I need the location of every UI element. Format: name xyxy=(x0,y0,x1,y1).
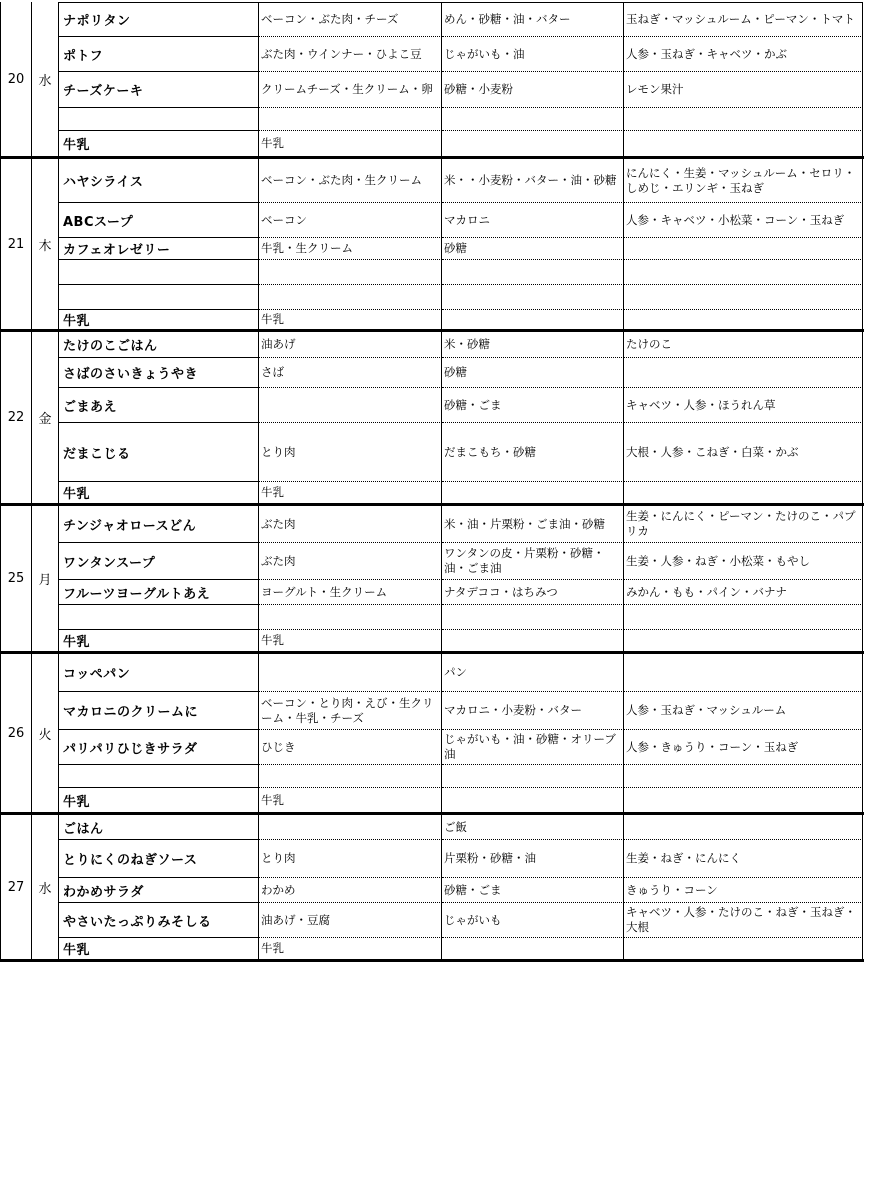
energy-ingredients-cell-text: ご飯 xyxy=(444,820,622,835)
energy-ingredients-cell: マカロニ xyxy=(442,202,624,237)
vegetable-ingredients-cell: 人参・キャベツ・小松菜・コーン・玉ねぎ xyxy=(624,202,863,237)
energy-ingredients-cell-text: めん・砂糖・油・バター xyxy=(444,12,622,27)
vegetable-ingredients-cell: 玉ねぎ・マッシュルーム・ピーマン・トマト xyxy=(624,2,863,36)
vegetable-ingredients-cell xyxy=(624,787,863,812)
energy-ingredients-cell xyxy=(442,937,624,959)
menu-item-cell xyxy=(59,259,259,284)
protein-ingredients-cell-text: さば xyxy=(261,365,440,380)
day-rows: ナポリタンベーコン・ぶた肉・チーズめん・砂糖・油・バター玉ねぎ・マッシュルーム・… xyxy=(59,2,864,156)
energy-ingredients-cell xyxy=(442,284,624,309)
menu-item-cell: ワンタンスープ xyxy=(59,542,259,579)
protein-ingredients-cell-text: 牛乳 xyxy=(261,633,440,648)
menu-item-cell-text: だまこじる xyxy=(63,443,256,462)
menu-item-cell: ごはん xyxy=(59,815,259,839)
vegetable-ingredients-cell xyxy=(624,309,863,329)
menu-item-cell-text: ナポリタン xyxy=(63,10,256,29)
menu-item-cell xyxy=(59,284,259,309)
menu-row: 牛乳牛乳 xyxy=(59,481,864,503)
vegetable-ingredients-cell-text: にんにく・生姜・マッシュルーム・セロリ・しめじ・エリンギ・玉ねぎ xyxy=(626,166,861,196)
menu-item-cell-text: カフェオレゼリー xyxy=(63,239,256,258)
menu-row: 牛乳牛乳 xyxy=(59,787,864,812)
protein-ingredients-cell: とり肉 xyxy=(259,422,442,481)
menu-item-cell: ABCスープ xyxy=(59,202,259,237)
menu-item-cell: マカロニのクリームに xyxy=(59,691,259,729)
vegetable-ingredients-cell: にんにく・生姜・マッシュルーム・セロリ・しめじ・エリンギ・玉ねぎ xyxy=(624,159,863,202)
day-number-cell: 21 xyxy=(1,159,32,329)
vegetable-ingredients-cell: 人参・きゅうり・コーン・玉ねぎ xyxy=(624,729,863,764)
protein-ingredients-cell: ヨーグルト・生クリーム xyxy=(259,579,442,604)
day-of-week-cell: 水 xyxy=(32,815,59,959)
energy-ingredients-cell-text: 米・油・片栗粉・ごま油・砂糖 xyxy=(444,517,622,532)
day-block: 20水ナポリタンベーコン・ぶた肉・チーズめん・砂糖・油・バター玉ねぎ・マッシュル… xyxy=(1,2,864,159)
menu-item-cell: わかめサラダ xyxy=(59,877,259,902)
energy-ingredients-cell xyxy=(442,259,624,284)
energy-ingredients-cell xyxy=(442,481,624,503)
menu-row: ごはんご飯 xyxy=(59,815,864,839)
vegetable-ingredients-cell xyxy=(624,629,863,651)
energy-ingredients-cell-text: じゃがいも・油・砂糖・オリーブ油 xyxy=(444,732,622,762)
protein-ingredients-cell-text: ベーコン・ぶた肉・チーズ xyxy=(261,12,440,27)
menu-row: コッペパンパン xyxy=(59,654,864,691)
energy-ingredients-cell: 砂糖・小麦粉 xyxy=(442,71,624,107)
vegetable-ingredients-cell xyxy=(624,481,863,503)
menu-row: ハヤシライスベーコン・ぶた肉・生クリーム米・・小麦粉・バター・油・砂糖にんにく・… xyxy=(59,159,864,202)
energy-ingredients-cell-text: 砂糖・小麦粉 xyxy=(444,82,622,97)
menu-item-cell: フルーツヨーグルトあえ xyxy=(59,579,259,604)
day-rows: ハヤシライスベーコン・ぶた肉・生クリーム米・・小麦粉・バター・油・砂糖にんにく・… xyxy=(59,159,864,329)
vegetable-ingredients-cell: きゅうり・コーン xyxy=(624,877,863,902)
protein-ingredients-cell: ベーコン・とり肉・えび・生クリーム・牛乳・チーズ xyxy=(259,691,442,729)
energy-ingredients-cell-text: ワンタンの皮・片栗粉・砂糖・油・ごま油 xyxy=(444,546,622,576)
day-number-cell: 25 xyxy=(1,506,32,651)
protein-ingredients-cell xyxy=(259,387,442,422)
energy-ingredients-cell: 片栗粉・砂糖・油 xyxy=(442,839,624,877)
vegetable-ingredients-cell-text: 人参・キャベツ・小松菜・コーン・玉ねぎ xyxy=(626,213,861,228)
menu-row: チンジャオロースどんぶた肉米・油・片栗粉・ごま油・砂糖生姜・にんにく・ピーマン・… xyxy=(59,506,864,542)
menu-item-cell-text: ごはん xyxy=(63,818,256,837)
energy-ingredients-cell-text: ナタデココ・はちみつ xyxy=(444,585,622,600)
energy-ingredients-cell-text: じゃがいも・油 xyxy=(444,47,622,62)
protein-ingredients-cell-text: 牛乳 xyxy=(261,485,440,500)
menu-item-cell-text: とりにくのねぎソース xyxy=(63,849,256,868)
day-block: 25月チンジャオロースどんぶた肉米・油・片栗粉・ごま油・砂糖生姜・にんにく・ピー… xyxy=(1,506,864,654)
vegetable-ingredients-cell: 生姜・ねぎ・にんにく xyxy=(624,839,863,877)
menu-item-cell-text: ワンタンスープ xyxy=(63,552,256,571)
vegetable-ingredients-cell-text: 生姜・人参・ねぎ・小松菜・もやし xyxy=(626,554,861,569)
energy-ingredients-cell-text: じゃがいも xyxy=(444,913,622,928)
protein-ingredients-cell-text: 牛乳 xyxy=(261,793,440,808)
energy-ingredients-cell: 砂糖・ごま xyxy=(442,387,624,422)
menu-item-cell-text: ハヤシライス xyxy=(63,171,256,190)
energy-ingredients-cell: ワンタンの皮・片栗粉・砂糖・油・ごま油 xyxy=(442,542,624,579)
menu-row: マカロニのクリームにベーコン・とり肉・えび・生クリーム・牛乳・チーズマカロニ・小… xyxy=(59,691,864,729)
vegetable-ingredients-cell-text: 人参・玉ねぎ・キャベツ・かぶ xyxy=(626,47,861,62)
vegetable-ingredients-cell xyxy=(624,764,863,787)
protein-ingredients-cell: ぶた肉 xyxy=(259,506,442,542)
menu-row: たけのこごはん油あげ米・砂糖たけのこ xyxy=(59,332,864,357)
energy-ingredients-cell-text: 片栗粉・砂糖・油 xyxy=(444,851,622,866)
vegetable-ingredients-cell: みかん・もも・パイン・バナナ xyxy=(624,579,863,604)
energy-ingredients-cell xyxy=(442,130,624,156)
protein-ingredients-cell xyxy=(259,815,442,839)
menu-item-cell-text: 牛乳 xyxy=(63,483,256,502)
vegetable-ingredients-cell xyxy=(624,259,863,284)
menu-item-cell: ごまあえ xyxy=(59,387,259,422)
energy-ingredients-cell: 米・・小麦粉・バター・油・砂糖 xyxy=(442,159,624,202)
protein-ingredients-cell: 牛乳 xyxy=(259,787,442,812)
vegetable-ingredients-cell: キャベツ・人参・たけのこ・ねぎ・玉ねぎ・大根 xyxy=(624,902,863,937)
day-of-week-cell: 木 xyxy=(32,159,59,329)
day-block: 21木ハヤシライスベーコン・ぶた肉・生クリーム米・・小麦粉・バター・油・砂糖にん… xyxy=(1,159,864,332)
menu-row xyxy=(59,604,864,629)
menu-row: フルーツヨーグルトあえヨーグルト・生クリームナタデココ・はちみつみかん・もも・パ… xyxy=(59,579,864,604)
protein-ingredients-cell xyxy=(259,604,442,629)
protein-ingredients-cell xyxy=(259,259,442,284)
day-of-week-cell: 金 xyxy=(32,332,59,503)
protein-ingredients-cell xyxy=(259,107,442,130)
day-rows: ごはんご飯とりにくのねぎソースとり肉片栗粉・砂糖・油生姜・ねぎ・にんにくわかめサ… xyxy=(59,815,864,959)
menu-item-cell: コッペパン xyxy=(59,654,259,691)
protein-ingredients-cell: わかめ xyxy=(259,877,442,902)
menu-item-cell: 牛乳 xyxy=(59,937,259,959)
protein-ingredients-cell-text: 油あげ xyxy=(261,337,440,352)
menu-item-cell: チーズケーキ xyxy=(59,71,259,107)
energy-ingredients-cell: パン xyxy=(442,654,624,691)
vegetable-ingredients-cell: 大根・人参・こねぎ・白菜・かぶ xyxy=(624,422,863,481)
energy-ingredients-cell-text: パン xyxy=(444,665,622,680)
protein-ingredients-cell: 牛乳 xyxy=(259,130,442,156)
energy-ingredients-cell-text: だまこもち・砂糖 xyxy=(444,445,622,460)
vegetable-ingredients-cell-text: レモン果汁 xyxy=(626,82,861,97)
menu-item-cell-text: ごまあえ xyxy=(63,396,256,415)
protein-ingredients-cell-text: ぶた肉 xyxy=(261,517,440,532)
vegetable-ingredients-cell-text: 人参・玉ねぎ・マッシュルーム xyxy=(626,703,861,718)
protein-ingredients-cell: ベーコン xyxy=(259,202,442,237)
menu-item-cell: やさいたっぷりみそしる xyxy=(59,902,259,937)
menu-item-cell: 牛乳 xyxy=(59,481,259,503)
menu-row: だまこじるとり肉だまこもち・砂糖大根・人参・こねぎ・白菜・かぶ xyxy=(59,422,864,481)
energy-ingredients-cell xyxy=(442,764,624,787)
vegetable-ingredients-cell xyxy=(624,107,863,130)
vegetable-ingredients-cell xyxy=(624,604,863,629)
vegetable-ingredients-cell-text: キャベツ・人参・たけのこ・ねぎ・玉ねぎ・大根 xyxy=(626,905,861,935)
menu-item-cell: 牛乳 xyxy=(59,629,259,651)
energy-ingredients-cell-text: 米・砂糖 xyxy=(444,337,622,352)
menu-item-cell: さばのさいきょうやき xyxy=(59,357,259,387)
vegetable-ingredients-cell: レモン果汁 xyxy=(624,71,863,107)
energy-ingredients-cell xyxy=(442,309,624,329)
menu-row: 牛乳牛乳 xyxy=(59,629,864,651)
protein-ingredients-cell: 牛乳 xyxy=(259,309,442,329)
protein-ingredients-cell: 牛乳・生クリーム xyxy=(259,237,442,259)
protein-ingredients-cell-text: 牛乳・生クリーム xyxy=(261,241,440,256)
protein-ingredients-cell-text: わかめ xyxy=(261,883,440,898)
day-block: 26火コッペパンパンマカロニのクリームにベーコン・とり肉・えび・生クリーム・牛乳… xyxy=(1,654,864,815)
protein-ingredients-cell-text: ひじき xyxy=(261,740,440,755)
menu-item-cell-text: たけのこごはん xyxy=(63,335,256,354)
vegetable-ingredients-cell: 人参・玉ねぎ・マッシュルーム xyxy=(624,691,863,729)
energy-ingredients-cell xyxy=(442,629,624,651)
menu-item-cell: たけのこごはん xyxy=(59,332,259,357)
menu-item-cell-text: さばのさいきょうやき xyxy=(63,363,256,382)
protein-ingredients-cell: 牛乳 xyxy=(259,629,442,651)
day-rows: コッペパンパンマカロニのクリームにベーコン・とり肉・えび・生クリーム・牛乳・チー… xyxy=(59,654,864,812)
vegetable-ingredients-cell: キャベツ・人参・ほうれん草 xyxy=(624,387,863,422)
vegetable-ingredients-cell: 人参・玉ねぎ・キャベツ・かぶ xyxy=(624,36,863,71)
energy-ingredients-cell-text: マカロニ xyxy=(444,213,622,228)
menu-row: ポトフぶた肉・ウインナー・ひよこ豆じゃがいも・油人参・玉ねぎ・キャベツ・かぶ xyxy=(59,36,864,71)
menu-item-cell xyxy=(59,107,259,130)
menu-row: カフェオレゼリー牛乳・生クリーム砂糖 xyxy=(59,237,864,259)
vegetable-ingredients-cell: たけのこ xyxy=(624,332,863,357)
protein-ingredients-cell: ぶた肉 xyxy=(259,542,442,579)
menu-item-cell: チンジャオロースどん xyxy=(59,506,259,542)
energy-ingredients-cell-text: マカロニ・小麦粉・バター xyxy=(444,703,622,718)
vegetable-ingredients-cell xyxy=(624,284,863,309)
vegetable-ingredients-cell xyxy=(624,937,863,959)
protein-ingredients-cell-text: ベーコン xyxy=(261,213,440,228)
menu-row xyxy=(59,259,864,284)
protein-ingredients-cell xyxy=(259,764,442,787)
vegetable-ingredients-cell-text: 生姜・にんにく・ピーマン・たけのこ・パプリカ xyxy=(626,509,861,539)
menu-row: ごまあえ砂糖・ごまキャベツ・人参・ほうれん草 xyxy=(59,387,864,422)
protein-ingredients-cell-text: 牛乳 xyxy=(261,136,440,151)
menu-row: とりにくのねぎソースとり肉片栗粉・砂糖・油生姜・ねぎ・にんにく xyxy=(59,839,864,877)
menu-row: 牛乳牛乳 xyxy=(59,130,864,156)
protein-ingredients-cell: 油あげ xyxy=(259,332,442,357)
vegetable-ingredients-cell xyxy=(624,654,863,691)
menu-item-cell: カフェオレゼリー xyxy=(59,237,259,259)
menu-item-cell: とりにくのねぎソース xyxy=(59,839,259,877)
menu-item-cell xyxy=(59,604,259,629)
energy-ingredients-cell: 砂糖・ごま xyxy=(442,877,624,902)
energy-ingredients-cell: じゃがいも xyxy=(442,902,624,937)
energy-ingredients-cell xyxy=(442,604,624,629)
protein-ingredients-cell-text: ベーコン・ぶた肉・生クリーム xyxy=(261,173,440,188)
day-of-week-cell: 火 xyxy=(32,654,59,812)
protein-ingredients-cell-text: 牛乳 xyxy=(261,312,440,327)
energy-ingredients-cell-text: 米・・小麦粉・バター・油・砂糖 xyxy=(444,173,622,188)
protein-ingredients-cell: ひじき xyxy=(259,729,442,764)
day-rows: チンジャオロースどんぶた肉米・油・片栗粉・ごま油・砂糖生姜・にんにく・ピーマン・… xyxy=(59,506,864,651)
vegetable-ingredients-cell xyxy=(624,237,863,259)
day-of-week-cell: 水 xyxy=(32,2,59,156)
menu-item-cell-text: 牛乳 xyxy=(63,310,256,329)
day-number-cell: 26 xyxy=(1,654,32,812)
protein-ingredients-cell: 牛乳 xyxy=(259,937,442,959)
protein-ingredients-cell: ぶた肉・ウインナー・ひよこ豆 xyxy=(259,36,442,71)
vegetable-ingredients-cell-text: 生姜・ねぎ・にんにく xyxy=(626,851,861,866)
protein-ingredients-cell: 油あげ・豆腐 xyxy=(259,902,442,937)
menu-item-cell-text: チンジャオロースどん xyxy=(63,515,256,534)
energy-ingredients-cell-text: 砂糖 xyxy=(444,241,622,256)
protein-ingredients-cell-text: ぶた肉・ウインナー・ひよこ豆 xyxy=(261,47,440,62)
menu-item-cell-text: 牛乳 xyxy=(63,939,256,958)
protein-ingredients-cell: クリームチーズ・生クリーム・卵 xyxy=(259,71,442,107)
day-of-week-cell: 月 xyxy=(32,506,59,651)
menu-item-cell-text: やさいたっぷりみそしる xyxy=(63,911,256,930)
menu-row: ABCスープベーコンマカロニ人参・キャベツ・小松菜・コーン・玉ねぎ xyxy=(59,202,864,237)
energy-ingredients-cell: 砂糖 xyxy=(442,357,624,387)
menu-row: チーズケーキクリームチーズ・生クリーム・卵砂糖・小麦粉レモン果汁 xyxy=(59,71,864,107)
menu-item-cell-text: コッペパン xyxy=(63,663,256,682)
protein-ingredients-cell xyxy=(259,654,442,691)
menu-item-cell: パリパリひじきサラダ xyxy=(59,729,259,764)
menu-item-cell-text: 牛乳 xyxy=(63,631,256,650)
energy-ingredients-cell: 米・油・片栗粉・ごま油・砂糖 xyxy=(442,506,624,542)
menu-item-cell-text: 牛乳 xyxy=(63,791,256,810)
protein-ingredients-cell-text: クリームチーズ・生クリーム・卵 xyxy=(261,82,440,97)
energy-ingredients-cell: じゃがいも・油 xyxy=(442,36,624,71)
energy-ingredients-cell: ナタデココ・はちみつ xyxy=(442,579,624,604)
energy-ingredients-cell: 米・砂糖 xyxy=(442,332,624,357)
vegetable-ingredients-cell-text: きゅうり・コーン xyxy=(626,883,861,898)
menu-row: 牛乳牛乳 xyxy=(59,309,864,329)
protein-ingredients-cell-text: とり肉 xyxy=(261,445,440,460)
energy-ingredients-cell xyxy=(442,787,624,812)
menu-item-cell: 牛乳 xyxy=(59,787,259,812)
day-number-cell: 22 xyxy=(1,332,32,503)
energy-ingredients-cell: めん・砂糖・油・バター xyxy=(442,2,624,36)
energy-ingredients-cell-text: 砂糖・ごま xyxy=(444,398,622,413)
protein-ingredients-cell: ベーコン・ぶた肉・生クリーム xyxy=(259,159,442,202)
protein-ingredients-cell-text: ヨーグルト・生クリーム xyxy=(261,585,440,600)
menu-row: 牛乳牛乳 xyxy=(59,937,864,959)
menu-row: ワンタンスープぶた肉ワンタンの皮・片栗粉・砂糖・油・ごま油生姜・人参・ねぎ・小松… xyxy=(59,542,864,579)
protein-ingredients-cell-text: 油あげ・豆腐 xyxy=(261,913,440,928)
vegetable-ingredients-cell-text: キャベツ・人参・ほうれん草 xyxy=(626,398,861,413)
menu-item-cell: 牛乳 xyxy=(59,309,259,329)
energy-ingredients-cell: じゃがいも・油・砂糖・オリーブ油 xyxy=(442,729,624,764)
day-block: 27水ごはんご飯とりにくのねぎソースとり肉片栗粉・砂糖・油生姜・ねぎ・にんにくわ… xyxy=(1,815,864,962)
menu-item-cell-text: パリパリひじきサラダ xyxy=(63,738,256,757)
vegetable-ingredients-cell-text: みかん・もも・パイン・バナナ xyxy=(626,585,861,600)
menu-item-cell: ハヤシライス xyxy=(59,159,259,202)
menu-row: ナポリタンベーコン・ぶた肉・チーズめん・砂糖・油・バター玉ねぎ・マッシュルーム・… xyxy=(59,2,864,36)
menu-row: やさいたっぷりみそしる油あげ・豆腐じゃがいもキャベツ・人参・たけのこ・ねぎ・玉ね… xyxy=(59,902,864,937)
menu-row xyxy=(59,764,864,787)
day-block: 22金たけのこごはん油あげ米・砂糖たけのこさばのさいきょうやきさば砂糖ごまあえ砂… xyxy=(1,332,864,506)
protein-ingredients-cell: ベーコン・ぶた肉・チーズ xyxy=(259,2,442,36)
vegetable-ingredients-cell-text: たけのこ xyxy=(626,337,861,352)
vegetable-ingredients-cell-text: 玉ねぎ・マッシュルーム・ピーマン・トマト xyxy=(626,12,861,27)
lunch-menu-table: 20水ナポリタンベーコン・ぶた肉・チーズめん・砂糖・油・バター玉ねぎ・マッシュル… xyxy=(0,2,864,962)
vegetable-ingredients-cell xyxy=(624,357,863,387)
energy-ingredients-cell: だまこもち・砂糖 xyxy=(442,422,624,481)
menu-row: わかめサラダわかめ砂糖・ごまきゅうり・コーン xyxy=(59,877,864,902)
energy-ingredients-cell-text: 砂糖・ごま xyxy=(444,883,622,898)
energy-ingredients-cell: ご飯 xyxy=(442,815,624,839)
menu-item-cell-text: チーズケーキ xyxy=(63,80,256,99)
menu-item-cell: 牛乳 xyxy=(59,130,259,156)
vegetable-ingredients-cell-text: 大根・人参・こねぎ・白菜・かぶ xyxy=(626,445,861,460)
protein-ingredients-cell xyxy=(259,284,442,309)
protein-ingredients-cell-text: ぶた肉 xyxy=(261,554,440,569)
vegetable-ingredients-cell xyxy=(624,130,863,156)
protein-ingredients-cell-text: 牛乳 xyxy=(261,941,440,956)
protein-ingredients-cell: 牛乳 xyxy=(259,481,442,503)
energy-ingredients-cell: 砂糖 xyxy=(442,237,624,259)
protein-ingredients-cell-text: とり肉 xyxy=(261,851,440,866)
menu-row xyxy=(59,284,864,309)
menu-item-cell-text: わかめサラダ xyxy=(63,881,256,900)
vegetable-ingredients-cell-text: 人参・きゅうり・コーン・玉ねぎ xyxy=(626,740,861,755)
vegetable-ingredients-cell: 生姜・人参・ねぎ・小松菜・もやし xyxy=(624,542,863,579)
menu-item-cell-text: ABCスープ xyxy=(63,211,256,230)
day-number-cell: 20 xyxy=(1,2,32,156)
menu-item-cell-text: ポトフ xyxy=(63,45,256,64)
menu-item-cell-text: マカロニのクリームに xyxy=(63,701,256,720)
menu-row: さばのさいきょうやきさば砂糖 xyxy=(59,357,864,387)
menu-item-cell-text: 牛乳 xyxy=(63,134,256,153)
protein-ingredients-cell-text: ベーコン・とり肉・えび・生クリーム・牛乳・チーズ xyxy=(261,696,440,726)
day-rows: たけのこごはん油あげ米・砂糖たけのこさばのさいきょうやきさば砂糖ごまあえ砂糖・ご… xyxy=(59,332,864,503)
protein-ingredients-cell: とり肉 xyxy=(259,839,442,877)
protein-ingredients-cell: さば xyxy=(259,357,442,387)
menu-item-cell xyxy=(59,764,259,787)
energy-ingredients-cell: マカロニ・小麦粉・バター xyxy=(442,691,624,729)
menu-row: パリパリひじきサラダひじきじゃがいも・油・砂糖・オリーブ油人参・きゅうり・コーン… xyxy=(59,729,864,764)
energy-ingredients-cell-text: 砂糖 xyxy=(444,365,622,380)
energy-ingredients-cell xyxy=(442,107,624,130)
menu-row xyxy=(59,107,864,130)
menu-item-cell: ポトフ xyxy=(59,36,259,71)
day-number-cell: 27 xyxy=(1,815,32,959)
menu-item-cell-text: フルーツヨーグルトあえ xyxy=(63,583,256,602)
menu-item-cell: ナポリタン xyxy=(59,2,259,36)
vegetable-ingredients-cell xyxy=(624,815,863,839)
vegetable-ingredients-cell: 生姜・にんにく・ピーマン・たけのこ・パプリカ xyxy=(624,506,863,542)
menu-item-cell: だまこじる xyxy=(59,422,259,481)
